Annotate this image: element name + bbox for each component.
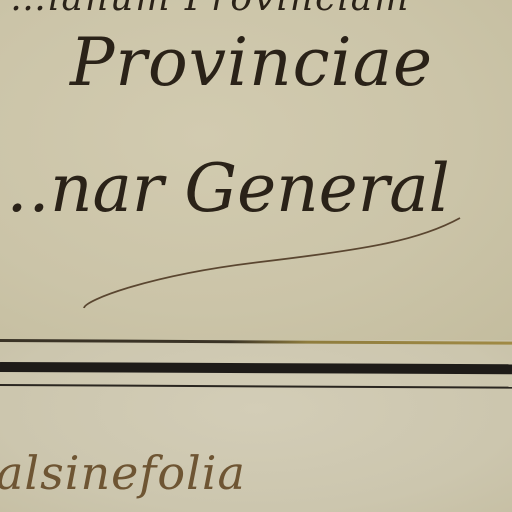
species-name-text: alsinefolia bbox=[0, 446, 246, 500]
signature-flourish bbox=[0, 0, 512, 512]
